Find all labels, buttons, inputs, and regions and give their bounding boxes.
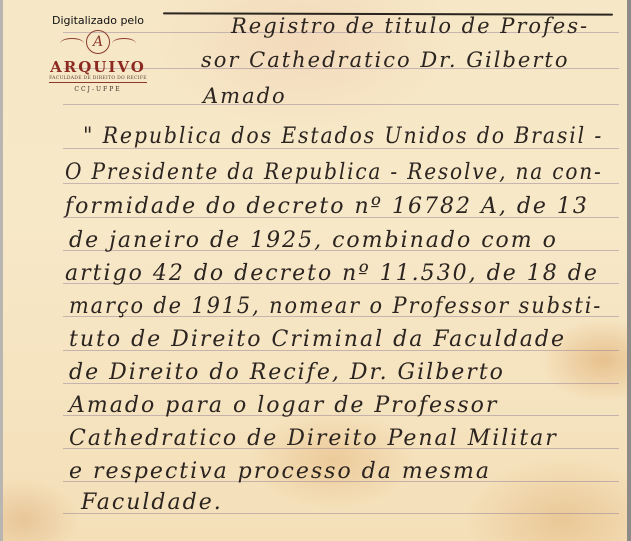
scan-edge: [627, 0, 631, 541]
heading-line-3: Amado: [203, 84, 287, 108]
emblem-letter: A: [86, 30, 110, 54]
digitized-caption: Digitalizado pelo: [43, 14, 153, 27]
scanned-document-page: Digitalizado pelo A ARQUIVO FACULDADE DE…: [3, 0, 627, 541]
body-line-2: O Presidente da Republica - Resolve, na …: [65, 160, 603, 185]
body-line-4: de janeiro de 1925, combinado com o: [69, 228, 558, 253]
ruled-line: [63, 104, 619, 105]
ornament-left: [60, 38, 84, 49]
archive-title: ARQUIVO: [43, 58, 153, 76]
body-line-1: " Republica dos Estados Unidos do Brasil…: [83, 124, 603, 149]
archive-watermark: Digitalizado pelo A ARQUIVO FACULDADE DE…: [43, 14, 153, 93]
body-line-7: tuto de Direito Criminal da Faculdade: [69, 327, 566, 352]
body-line-11: e respectiva processo da mesma: [69, 459, 491, 484]
body-line-8: de Direito do Recife, Dr. Gilberto: [69, 360, 505, 385]
body-line-6: março de 1915, nomear o Professor substi…: [69, 294, 602, 319]
institution-label: CCJ-UFPE: [43, 86, 153, 93]
body-line-10: Cathedratico de Direito Penal Militar: [69, 426, 558, 451]
archive-subtitle: FACULDADE DE DIREITO DO RECIFE: [49, 76, 147, 83]
ornament-right: [112, 38, 136, 49]
body-line-9: Amado para o logar de Professor: [69, 393, 498, 418]
heading-line-1: Registro de titulo de Profes-: [231, 14, 589, 38]
body-line-5: artigo 42 do decreto nº 11.530, de 18 de: [65, 261, 599, 286]
body-line-3: formidade do decreto nº 16782 A, de 13: [65, 194, 589, 219]
body-line-12: Faculdade.: [81, 490, 223, 515]
heading-line-2: sor Cathedratico Dr. Gilberto: [201, 48, 569, 72]
archive-emblem-icon: A: [58, 30, 138, 56]
